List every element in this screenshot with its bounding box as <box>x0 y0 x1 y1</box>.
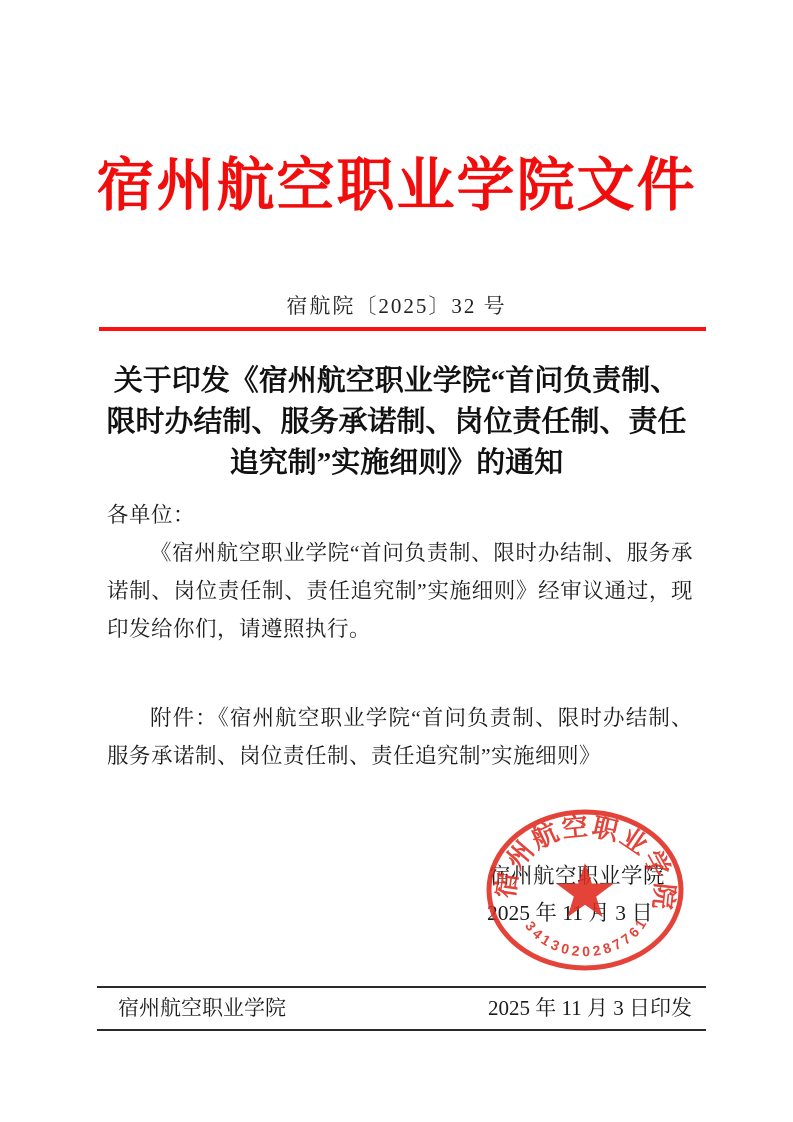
document-title-line-3: 追究制”实施细则》的通知 <box>0 443 793 484</box>
document-body: 各单位： 《宿州航空职业学院“首问负责制、限时办结制、服务承诺制、岗位责任制、责… <box>107 496 693 648</box>
signature-organization: 宿州航空职业学院 <box>489 859 665 890</box>
red-letterhead-title: 宿州航空职业学院文件 <box>0 157 793 215</box>
footer-rule-top <box>97 986 706 988</box>
attachment-paragraph: 附件：《宿州航空职业学院“首问负责制、限时办结制、服务承诺制、岗位责任制、责任追… <box>107 699 693 775</box>
official-seal: 宿州航空职业学院 3413020287761 <box>480 801 690 979</box>
signature-date: 2025 年 11 月 3 日 <box>487 896 653 927</box>
body-paragraph: 《宿州航空职业学院“首问负责制、限时办结制、服务承诺制、岗位责任制、责任追究制”… <box>107 534 693 648</box>
red-separator-rule <box>99 327 706 331</box>
attachment-note: 附件：《宿州航空职业学院“首问负责制、限时办结制、服务承诺制、岗位责任制、责任追… <box>107 699 693 775</box>
document-number: 宿航院〔2025〕32 号 <box>0 290 793 320</box>
document-title-line-1: 关于印发《宿州航空职业学院“首问负责制、 <box>0 361 793 402</box>
footer-issuer: 宿州航空职业学院 <box>118 992 286 1022</box>
footer-print-date: 2025 年 11 月 3 日印发 <box>488 992 692 1022</box>
seal-ring <box>489 812 681 968</box>
document-title-line-2: 限时办结制、服务承诺制、岗位责任制、责任 <box>0 402 793 443</box>
footer: 宿州航空职业学院 2025 年 11 月 3 日印发 <box>97 992 706 1022</box>
document-title: 关于印发《宿州航空职业学院“首问负责制、 限时办结制、服务承诺制、岗位责任制、责… <box>0 361 793 484</box>
document-page: 宿州航空职业学院文件 宿航院〔2025〕32 号 关于印发《宿州航空职业学院“首… <box>0 0 793 1122</box>
salutation: 各单位： <box>107 496 693 534</box>
footer-rule-bottom <box>97 1029 706 1031</box>
